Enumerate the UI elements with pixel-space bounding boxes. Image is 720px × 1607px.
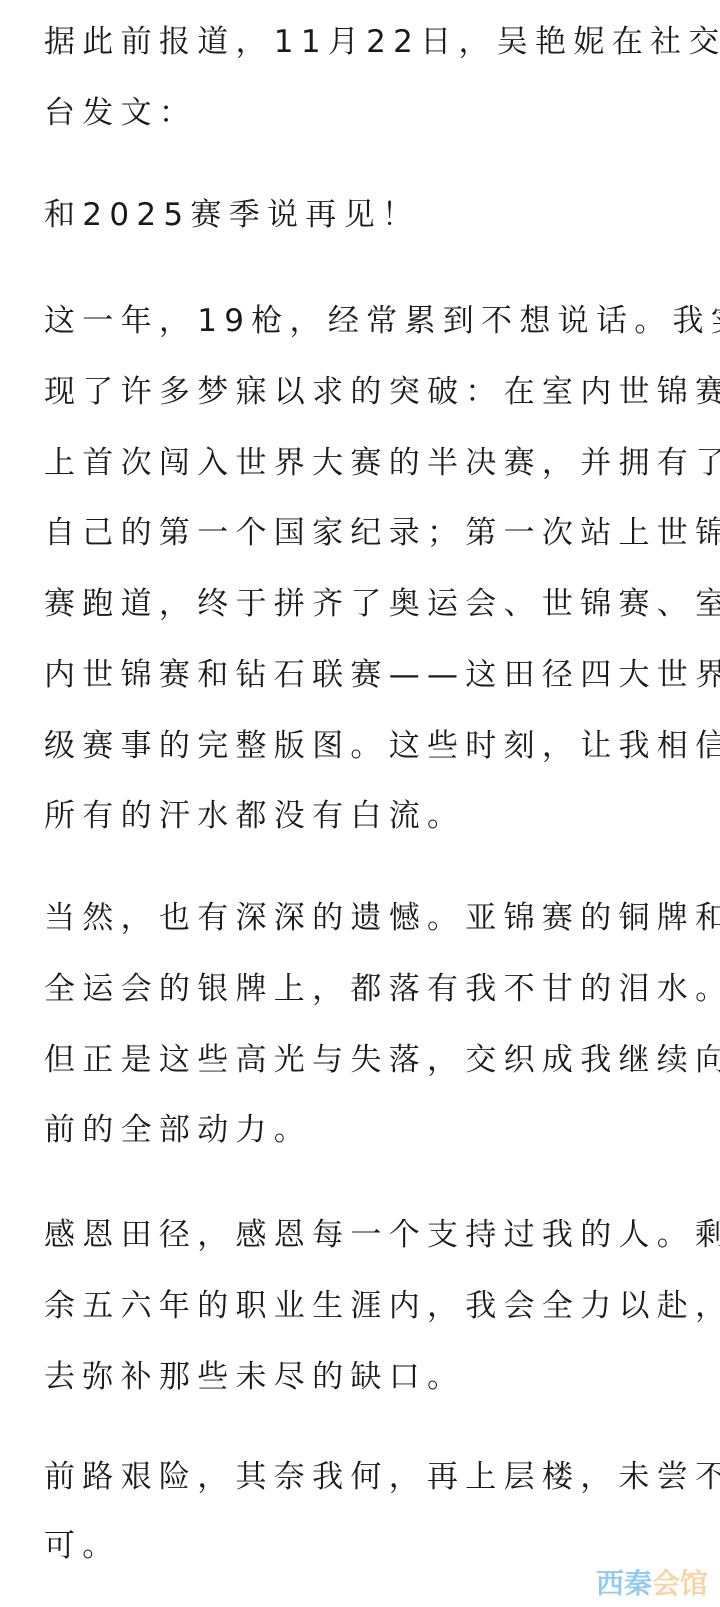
text-line: 级赛事的完整版图。这些时刻，让我相信	[44, 726, 720, 766]
text-line: 内世锦赛和钻石联赛——这田径四大世界	[44, 655, 720, 695]
watermark-logo: 西秦会馆	[596, 1568, 708, 1600]
text-line: 据此前报道，11月22日，吴艳妮在社交平	[44, 22, 720, 62]
text-line: 余五六年的职业生涯内，我会全力以赴，	[44, 1286, 720, 1326]
text-line: 但正是这些高光与失落，交织成我继续向	[44, 1040, 720, 1080]
text-line: 感恩田径，感恩每一个支持过我的人。剩	[44, 1215, 720, 1255]
text-line: 前路艰险，其奈我何，再上层楼，未尝不	[44, 1457, 720, 1497]
text-line: 当然，也有深深的遗憾。亚锦赛的铜牌和	[44, 898, 720, 938]
text-line: 赛跑道，终于拼齐了奥运会、世锦赛、室	[44, 584, 720, 624]
text-line: 去弥补那些未尽的缺口。	[44, 1357, 465, 1397]
text-line: 前的全部动力。	[44, 1110, 312, 1150]
text-line: 可。	[44, 1526, 121, 1566]
text-line: 现了许多梦寐以求的突破：在室内世锦赛	[44, 372, 720, 412]
text-line: 所有的汗水都没有白流。	[44, 796, 465, 836]
text-line: 这一年，19枪，经常累到不想说话。我实	[44, 301, 720, 341]
watermark-part-2: 会馆	[652, 1567, 708, 1600]
text-line: 全运会的银牌上，都落有我不甘的泪水。	[44, 969, 720, 1009]
text-line: 自己的第一个国家纪录；第一次站上世锦	[44, 513, 720, 553]
watermark-part-1: 西秦	[596, 1567, 652, 1600]
text-line: 台发文：	[44, 93, 197, 133]
text-line: 和2025赛季说再见！	[44, 195, 420, 235]
text-line: 上首次闯入世界大赛的半决赛，并拥有了	[44, 443, 720, 483]
